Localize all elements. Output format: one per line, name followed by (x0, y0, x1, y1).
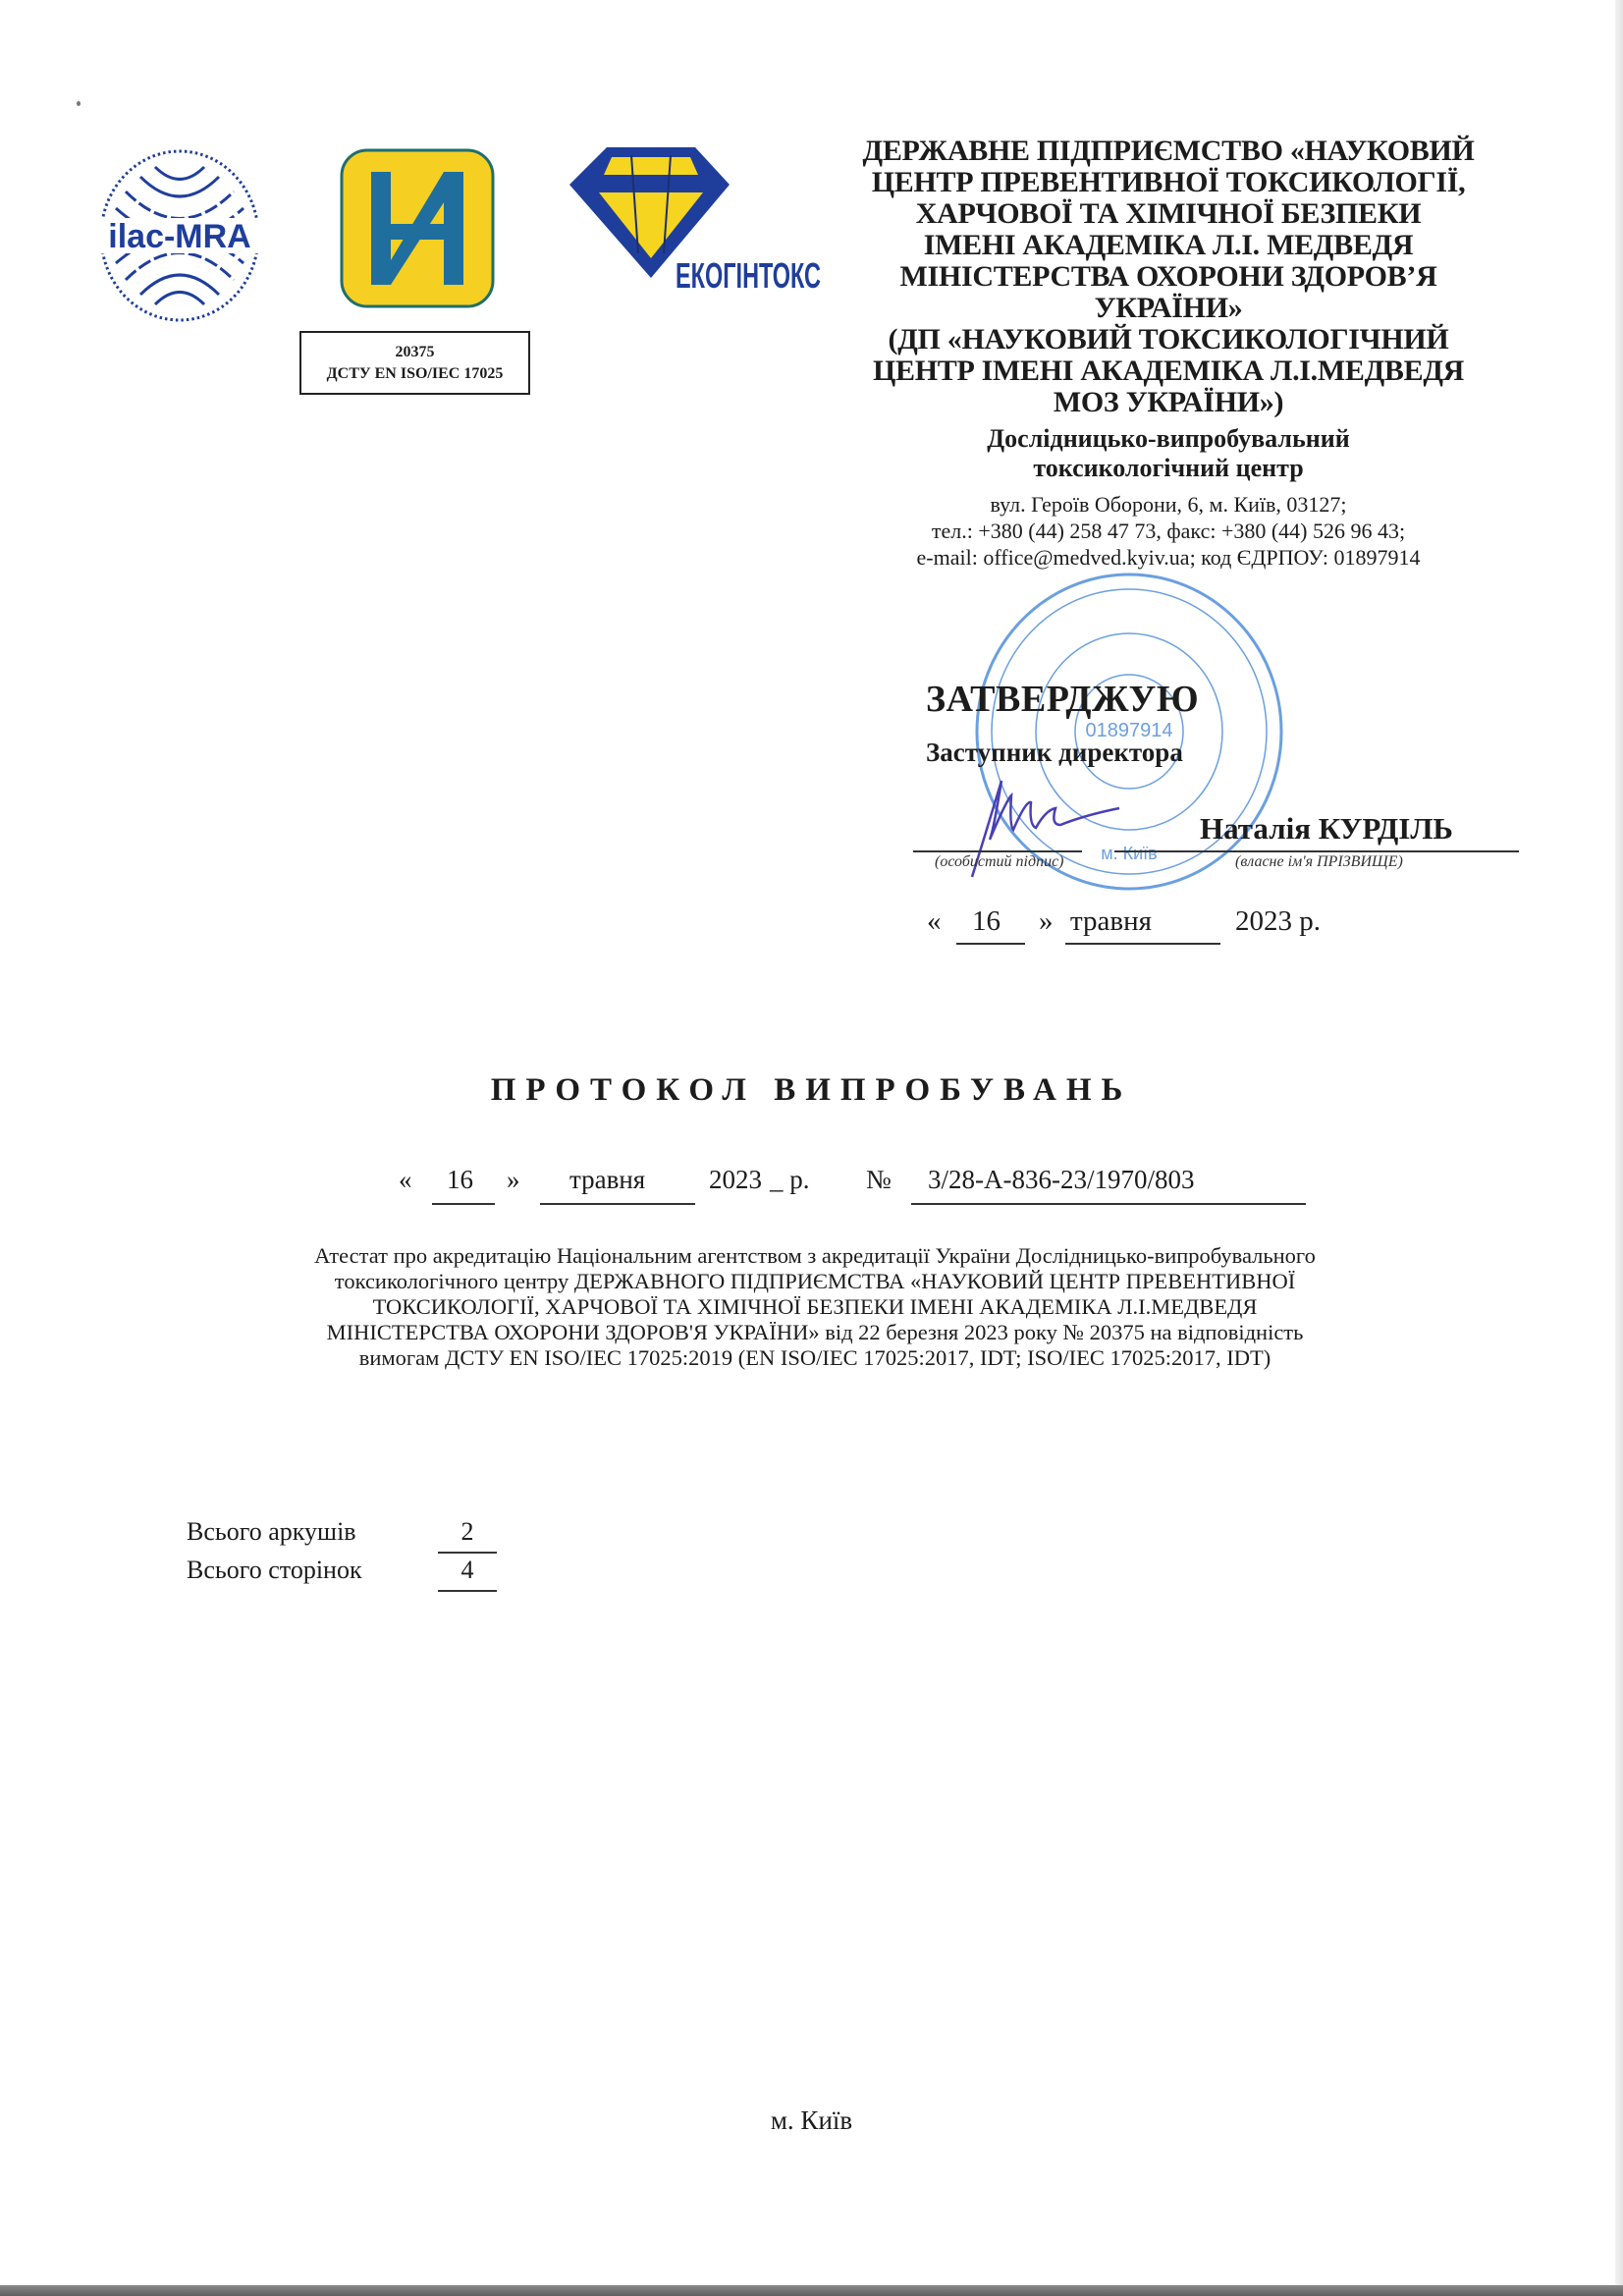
signature-line (913, 850, 1082, 852)
total-pages-label: Всього сторінок (187, 1556, 362, 1585)
protocol-day-underline (432, 1203, 495, 1205)
protocol-date-year: 2023 (709, 1165, 762, 1195)
document-title: ПРОТОКОЛ ВИПРОБУВАНЬ (0, 1072, 1623, 1109)
total-pages-underline (438, 1590, 497, 1592)
organization-header: ДЕРЖАВНЕ ПІДПРИЄМСТВО «НАУКОВИЙ ЦЕНТР ПР… (825, 136, 1512, 571)
approval-date-open-quote: « (927, 905, 942, 938)
protocol-date-open-quote: « (399, 1165, 412, 1195)
approval-date-close-quote: » (1039, 905, 1054, 938)
signature-caption: (особистий підпис) (935, 853, 1064, 871)
accreditation-box: 20375 ДСТУ EN ISO/IEC 17025 (299, 331, 530, 395)
protocol-date-close-quote: » (507, 1165, 520, 1195)
protocol-number-underline (911, 1203, 1306, 1205)
approval-date-year: 2023 р. (1235, 905, 1321, 938)
protocol-date-day: 16 (447, 1165, 473, 1195)
national-accreditation-logo (339, 147, 496, 309)
division-name: Дослідницько-випробувальний токсикологіч… (825, 424, 1512, 483)
approval-date-month: травня (1070, 905, 1152, 938)
day-underline (956, 943, 1025, 945)
protocol-month-underline (540, 1203, 695, 1205)
approver-position: Заступник директора (926, 738, 1183, 768)
name-caption: (власне ім'я ПРІЗВИЩЕ) (1235, 853, 1403, 871)
approval-date-day: 16 (972, 905, 1001, 938)
total-sheets-label: Всього аркушів (187, 1517, 356, 1547)
approver-name: Наталія КУРДІЛЬ (1200, 811, 1453, 847)
protocol-date-month: травня (569, 1165, 645, 1195)
total-sheets-underline (438, 1552, 497, 1554)
protocol-date-year-suffix: _ р. (770, 1165, 810, 1195)
approval-title: ЗАТВЕРДЖУЮ (926, 678, 1199, 721)
total-sheets-value: 2 (438, 1517, 497, 1547)
accreditation-statement: Атестат про акредитацію Національним аге… (137, 1243, 1492, 1371)
organization-name: ДЕРЖАВНЕ ПІДПРИЄМСТВО «НАУКОВИЙ ЦЕНТР ПР… (825, 136, 1512, 418)
ilac-mra-logo: ilac-MRA (96, 147, 263, 324)
page-edge (1615, 0, 1623, 2288)
protocol-number: 3/28-А-836-23/1970/803 (928, 1165, 1194, 1195)
month-underline (1065, 943, 1220, 945)
accreditation-standard: ДСТУ EN ISO/IEC 17025 (301, 363, 528, 385)
ekogintoks-logo: ЕКОГІНТОКС (568, 145, 823, 293)
total-pages-value: 4 (438, 1556, 497, 1585)
svg-text:ЕКОГІНТОКС: ЕКОГІНТОКС (676, 255, 821, 293)
city: м. Київ (0, 2105, 1623, 2136)
name-line (1114, 850, 1519, 852)
number-sign: № (866, 1165, 892, 1195)
accreditation-number: 20375 (301, 342, 528, 363)
svg-text:ilac-MRA: ilac-MRA (108, 218, 250, 255)
contact-info: вул. Героїв Оборони, 6, м. Київ, 03127; … (825, 491, 1512, 571)
scan-speck (77, 101, 81, 106)
page-shadow (0, 2285, 1623, 2296)
